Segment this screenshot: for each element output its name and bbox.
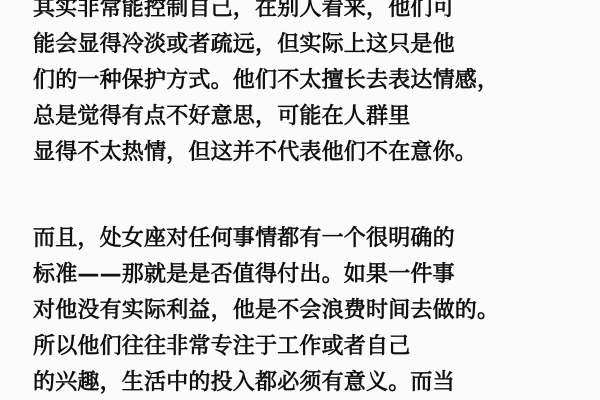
text-line: 的兴趣，生活中的投入都必须有意义。而当: [33, 365, 499, 400]
text-line: 能会显得冷淡或者疏远，但实际上这只是他: [33, 27, 499, 63]
text-line: 们的一种保护方式。他们不太擅长去表达情感，: [33, 63, 499, 99]
text-line: 总是觉得有点不好意思，可能在人群里: [33, 99, 499, 135]
article-page: 其实非常能控制自己，在别人看来，他们可 能会显得冷淡或者疏远，但实际上这只是他 …: [0, 0, 600, 400]
text-line: 对他没有实际利益，他是不会浪费时间去做的。: [33, 293, 499, 329]
paragraph-2: 而且，处女座对任何事情都有一个很明确的 标准——那就是是否值得付出。如果一件事 …: [33, 221, 499, 400]
text-line: 标准——那就是是否值得付出。如果一件事: [33, 257, 499, 293]
text-line: 其实非常能控制自己，在别人看来，他们可: [33, 0, 499, 27]
paragraph-1: 其实非常能控制自己，在别人看来，他们可 能会显得冷淡或者疏远，但实际上这只是他 …: [33, 0, 499, 171]
text-line: 所以他们往往非常专注于工作或者自己: [33, 329, 499, 365]
text-line: 显得不太热情，但这并不代表他们不在意你。: [33, 135, 499, 171]
text-line: 而且，处女座对任何事情都有一个很明确的: [33, 221, 499, 257]
